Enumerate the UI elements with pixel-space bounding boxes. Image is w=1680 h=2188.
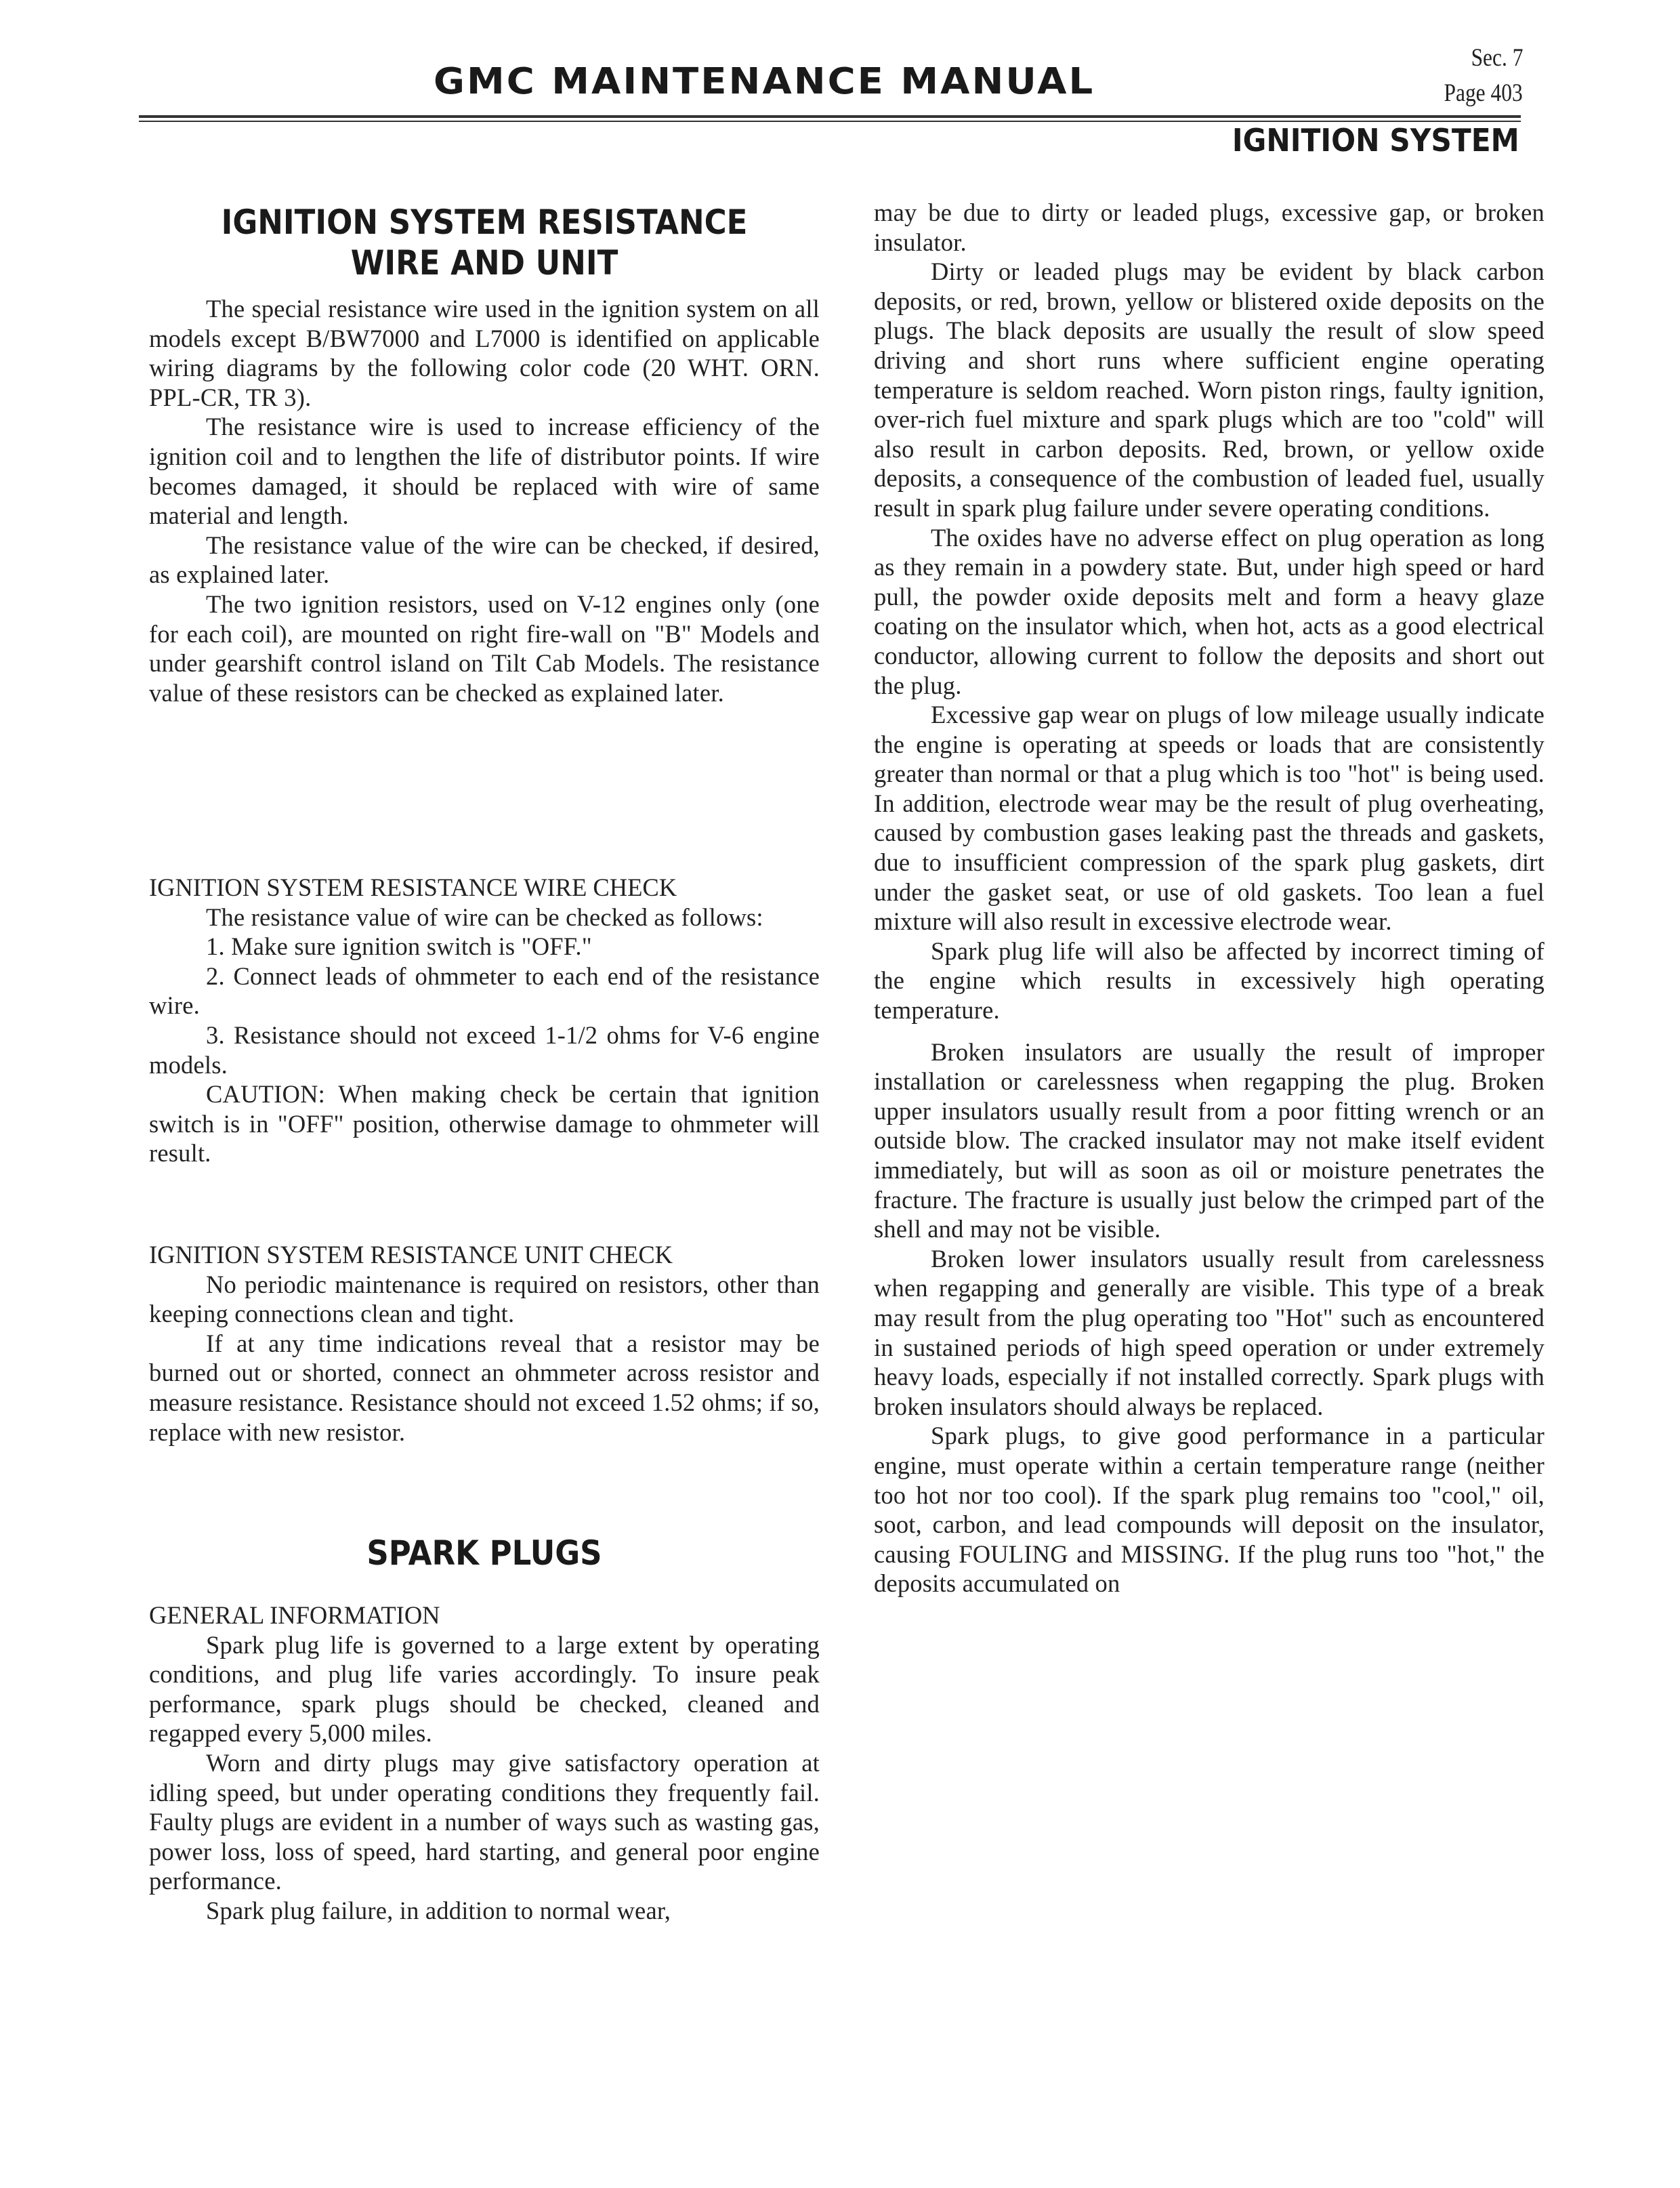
page-number: Page 403 xyxy=(1444,79,1523,108)
paragraph: Excessive gap wear on plugs of low milea… xyxy=(874,700,1545,936)
paragraph: Spark plugs, to give good performance in… xyxy=(874,1421,1545,1598)
paragraph: The resistance value of wire can be chec… xyxy=(149,903,820,932)
heading-line-2: WIRE AND UNIT xyxy=(183,243,786,283)
paragraph: The two ignition resistors, used on V-12… xyxy=(149,590,820,707)
unit-check-section: IGNITION SYSTEM RESISTANCE UNIT CHECK No… xyxy=(149,1240,820,1447)
paragraph: may be due to dirty or leaded plugs, exc… xyxy=(874,198,1545,257)
subheading-wire-check: IGNITION SYSTEM RESISTANCE WIRE CHECK xyxy=(149,873,820,903)
paragraph: Spark plug life is governed to a large e… xyxy=(149,1630,820,1748)
paragraph: Broken insulators are usually the result… xyxy=(874,1037,1545,1244)
step-3: 3. Resistance should not exceed 1-1/2 oh… xyxy=(149,1020,820,1079)
step-1: 1. Make sure ignition switch is "OFF." xyxy=(149,932,820,962)
subheading-unit-check: IGNITION SYSTEM RESISTANCE UNIT CHECK xyxy=(149,1240,820,1270)
general-info-section: GENERAL INFORMATION Spark plug life is g… xyxy=(149,1601,820,1926)
paragraph: The resistance wire is used to increase … xyxy=(149,412,820,530)
paragraph: Broken lower insulators usually result f… xyxy=(874,1244,1545,1422)
paragraph: The special resistance wire used in the … xyxy=(149,294,820,412)
manual-title: GMC MAINTENANCE MANUAL xyxy=(434,61,1199,103)
intro-section: The special resistance wire used in the … xyxy=(149,294,820,707)
heading-spark-plugs: SPARK PLUGS xyxy=(183,1533,786,1573)
paragraph: Spark plug failure, in addition to norma… xyxy=(149,1896,820,1926)
paragraph: The oxides have no adverse effect on plu… xyxy=(874,523,1545,701)
right-column-text: may be due to dirty or leaded plugs, exc… xyxy=(874,198,1545,1598)
step-2: 2. Connect leads of ohmmeter to each end… xyxy=(149,962,820,1020)
section-title: IGNITION SYSTEM xyxy=(1232,122,1519,159)
header-rule-top xyxy=(139,115,1521,118)
heading-line-1: IGNITION SYSTEM RESISTANCE xyxy=(183,202,786,243)
wire-check-section: IGNITION SYSTEM RESISTANCE WIRE CHECK Th… xyxy=(149,873,820,1168)
paragraph: The resistance value of the wire can be … xyxy=(149,531,820,590)
spacer xyxy=(874,1025,1545,1037)
heading-resistance-wire: IGNITION SYSTEM RESISTANCE WIRE AND UNIT xyxy=(183,202,786,283)
subheading-general-information: GENERAL INFORMATION xyxy=(149,1601,820,1630)
paragraph: If at any time indications reveal that a… xyxy=(149,1329,820,1447)
section-number: Sec. 7 xyxy=(1471,43,1523,73)
paragraph: Worn and dirty plugs may give satisfacto… xyxy=(149,1748,820,1896)
paragraph: Spark plug life will also be affected by… xyxy=(874,936,1545,1025)
paragraph: No periodic maintenance is required on r… xyxy=(149,1270,820,1329)
paragraph: Dirty or leaded plugs may be evident by … xyxy=(874,257,1545,522)
caution-note: CAUTION: When making check be certain th… xyxy=(149,1079,820,1168)
